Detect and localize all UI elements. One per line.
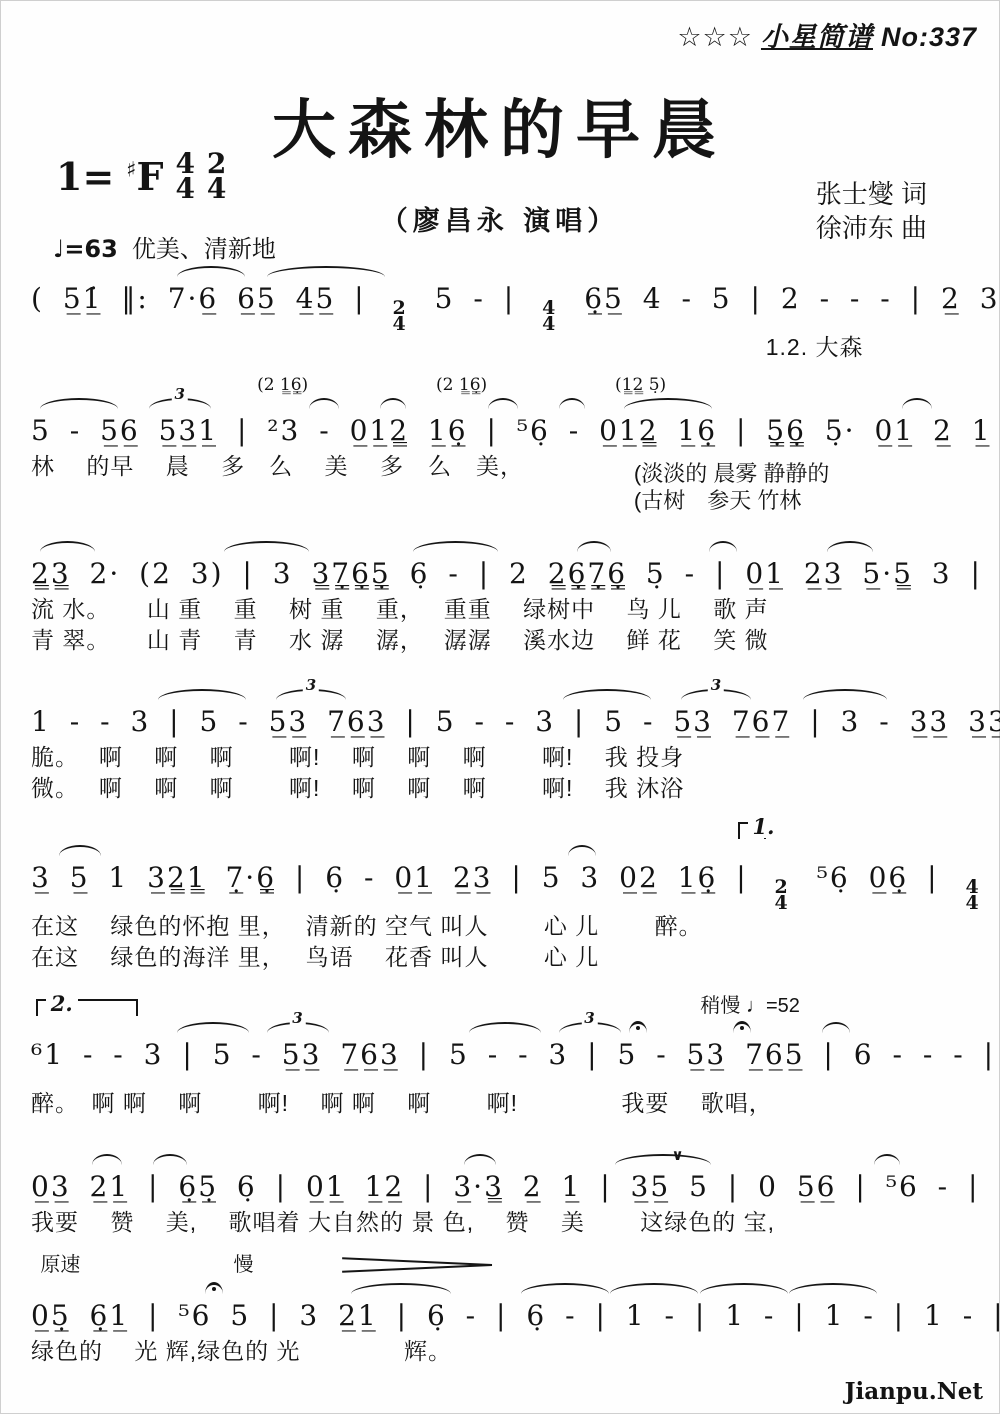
- arc-mark: [615, 1154, 711, 1165]
- annotation-strip: ∨: [31, 1145, 973, 1167]
- notation-line: 2̳3̳ 2· (2 3) | 3 3̳7̳̣6̳̣5̳̣ 6̣ - | 2 2…: [31, 554, 973, 594]
- series-header: ☆☆☆小星简谱No:337: [677, 15, 977, 54]
- triplet-mark: 3: [267, 1022, 329, 1033]
- arc-mark: [158, 689, 246, 700]
- site-watermark: Jianpu.Net: [845, 1378, 983, 1405]
- annotation-strip: 2.稍慢 ♩=52: [31, 991, 973, 1013]
- fermata-mark: [629, 1021, 647, 1033]
- arc-mark: [267, 266, 385, 277]
- notation-line: 5 - 5̲6̲ 5̲3̲1̲ | ²3 - 0̲1̲2̳ 1̲6̲̣ | ⁵6…: [31, 411, 973, 451]
- arc-mark: [92, 1154, 122, 1165]
- annotation-text: (2 1̳6̳̣): [436, 375, 487, 395]
- notation-segment: 0̲5̲̣ 6̲̣1̲ | ⁵6 5 | 3 2̲1̲ | 6̣ - | 6̣ …: [31, 1299, 1000, 1332]
- notation-line: 3̲ 5̲ 1 3̲2̳1̳ 7̲̣·6̳̣ | 6̣ - 0̲1̲ 2̲3̲ …: [31, 858, 973, 911]
- lyric-line: 流 水。 山 重 重 树 重 重， 重重 绿树中 鸟 儿 歌 声: [31, 594, 973, 625]
- inline-time-signature: 44: [542, 300, 557, 332]
- system-row: ( 5̲1̲̇ ‖: 7·6̲ 6̲5̲ 4̲5̲ | 24 5 - | 44 …: [31, 257, 973, 363]
- arc-mark: [559, 398, 585, 409]
- system-row: 2̳3̳ 2· (2 3) | 3 3̳7̳̣6̳̣5̳̣ 6̣ - | 2 2…: [31, 532, 973, 656]
- annotation-strip: 33: [31, 1013, 973, 1035]
- fermata-mark: [733, 1021, 751, 1033]
- credits: 张士燮 词 徐沛东 曲: [816, 177, 927, 245]
- annotation-strip: 1.: [31, 814, 973, 836]
- notation-segment: 5 - |: [416, 282, 534, 315]
- notation-segment: 2̳3̳ 2· (2 3) | 3 3̳7̳̣6̳̣5̳̣ 6̣ - | 2 2…: [31, 557, 1000, 590]
- stars-icon: ☆☆☆: [677, 22, 753, 52]
- score-systems: ( 5̲1̲̇ ‖: 7·6̲ 6̲5̲ 4̲5̲ | 24 5 - | 44 …: [31, 257, 973, 1367]
- arc-mark: [700, 1283, 788, 1294]
- notation-segment: 0̲3̲ 2̲1̲ | 6̲̣5̲̣ 6̣ | 0̲1̲ 1̲2̲ | 3̲·3…: [31, 1170, 1000, 1203]
- arc-mark: [177, 266, 245, 277]
- annotation-text: (2 1̳6̳̣): [257, 375, 308, 395]
- annotation-strip: [31, 257, 973, 279]
- annotation-strip: 原速慢: [31, 1248, 973, 1274]
- system-row: 331 - - 3 | 5 - 5̲3̲ 7̲6̲3̲ | 5 - - 3 | …: [31, 680, 973, 804]
- lyric-line: 1.2. 大森: [31, 332, 973, 363]
- arc-mark: [874, 1154, 900, 1165]
- annotation-strip: 33: [31, 680, 973, 702]
- arc-mark: [59, 845, 101, 856]
- notation-line: 0̲3̲ 2̲1̲ | 6̲̣5̲̣ 6̣ | 0̲1̲ 1̲2̲ | 3̲·3…: [31, 1167, 973, 1207]
- arc-mark: [822, 1022, 850, 1033]
- notation-segment: 6̲̣5̲ 4 - 5 | 2 - - - | 2̲ 3 5̳̣6̳̣ 5̣ )…: [565, 282, 1000, 315]
- arc-mark: [577, 541, 611, 552]
- alternate-lyric-stack: (淡淡的 晨雾 静静的(古树 参天 竹林: [634, 460, 830, 514]
- notation-line: 1 - - 3 | 5 - 5̲3̲ 7̲6̲3̲ | 5 - - 3 | 5 …: [31, 702, 973, 742]
- time-signature-24: 24: [207, 151, 226, 201]
- lyric-line: 在这 绿色的怀抱 里， 清新的 空气 叫人 心 儿 醉。: [31, 911, 973, 942]
- annotation-text: 稍慢 ♩=52: [690, 989, 809, 1018]
- lyricist-credit: 张士燮 词: [816, 177, 927, 211]
- notation-segment: 5 - 5̲6̲ 5̲3̲1̲ | ²3 - 0̲1̲2̳ 1̲6̲̣ | ⁵6…: [31, 414, 1000, 447]
- lyric-line: 微。 啊 啊 啊 啊! 啊 啊 啊 啊! 我 沐浴: [31, 773, 973, 804]
- lyric-line: 脆。 啊 啊 啊 啊! 啊 啊 啊 啊! 我 投身: [31, 742, 973, 773]
- time-signature-44: 44: [175, 151, 194, 201]
- arc-mark: [153, 1154, 187, 1165]
- arc-mark: [610, 1283, 698, 1294]
- system-row: 2.稍慢 ♩=5233⁶1 - - 3 | 5 - 5̲3̲ 7̲6̲3̲ | …: [31, 991, 973, 1119]
- arc-mark: [309, 398, 339, 409]
- arc-mark: [40, 398, 118, 409]
- triplet-mark: 3: [276, 689, 346, 700]
- arc-mark: [464, 1154, 496, 1165]
- system-row: ∨0̲3̲ 2̲1̲ | 6̲̣5̲̣ 6̣ | 0̲1̲ 1̲2̲ | 3̲·…: [31, 1145, 973, 1238]
- sheet-number: No:337: [881, 22, 977, 52]
- arc-mark: [40, 541, 95, 552]
- notation-segment: ⁶1 - - 3 | 5 - 5̲3̲ 7̲6̲3̲ | 5 - - 3 | 5…: [31, 1038, 1000, 1071]
- lyric-line: 青 翠。 山 青 青 水 潺 潺， 潺潺 溪水边 鲜 花 笑 微: [31, 625, 973, 656]
- triplet-mark: 3: [681, 689, 751, 700]
- arc-mark: [789, 1283, 877, 1294]
- system-row: 1.3̲ 5̲ 1 3̲2̳1̳ 7̲̣·6̳̣ | 6̣ - 0̲1̲ 2̲3…: [31, 814, 973, 973]
- lyric-line: 林 的早 晨 多 么 美 多 么 美，: [31, 451, 973, 482]
- notation-segment: 3̲ 5̲ 1 3̲2̳1̳ 7̲̣·6̳̣ | 6̣ - 0̲1̲ 2̲3̲ …: [31, 861, 767, 894]
- notation-segment: 1 - - 3 | 5 - 5̲3̲ 7̲6̲3̲ | 5 - - 3 | 5 …: [31, 705, 1000, 738]
- arc-mark: [902, 398, 932, 409]
- arc-mark: [469, 1022, 541, 1033]
- hairpin-mark: [342, 1258, 492, 1270]
- key-signature: 1=♯F 44 24: [56, 151, 226, 201]
- arc-mark: [624, 398, 712, 409]
- lyric-line: 绿色的 光 辉,绿色的 光 辉。: [31, 1336, 973, 1367]
- notation-segment: ⁵6̣ 0̲6̲̣ |: [798, 861, 958, 894]
- annotation-strip: 3(2 1̳6̳̣)(2 1̳6̳̣)(1̳2̳ 5̣): [31, 375, 973, 411]
- fermata-mark: [205, 1282, 223, 1294]
- notation-line: ⁶1 - - 3 | 5 - 5̲3̲ 7̲6̲3̲ | 5 - - 3 | 5…: [31, 1035, 973, 1088]
- lyric-line: 在这 绿色的海洋 里， 鸟语 花香 叫人 心 儿: [31, 942, 973, 973]
- volta-label: 1.: [748, 816, 780, 838]
- arc-mark: [413, 541, 498, 552]
- composer-credit: 徐沛东 曲: [816, 211, 927, 245]
- series-name: 小星简谱: [761, 22, 873, 52]
- arc-mark: [521, 1283, 609, 1294]
- arc-mark: [177, 1022, 249, 1033]
- inline-time-signature: 44: [965, 879, 980, 911]
- arc-mark: [488, 398, 518, 409]
- system-row: 原速慢0̲5̲̣ 6̲̣1̲ | ⁵6 5 | 3 2̲1̲ | 6̣ - | …: [31, 1248, 973, 1367]
- annotation-text: (1̳2̳ 5̣): [615, 375, 666, 395]
- lyric-line: 醉。 啊 啊 啊 啊! 啊 啊 啊 啊! 我要 歌唱，: [31, 1088, 973, 1119]
- arc-mark: [709, 541, 737, 552]
- notation-line: ( 5̲1̲̇ ‖: 7·6̲ 6̲5̲ 4̲5̲ | 24 5 - | 44 …: [31, 279, 973, 332]
- annotation-text: ∨: [672, 1146, 684, 1164]
- arc-mark: [351, 1283, 451, 1294]
- notation-segment: ⁶1 - - ( 5̲1̲̇ :‖: [989, 861, 1000, 894]
- annotation-strip: [31, 1274, 973, 1296]
- tonic-label: 1=: [56, 154, 114, 199]
- inline-time-signature: 24: [393, 300, 408, 332]
- system-row: 3(2 1̳6̳̣)(2 1̳6̳̣)(1̳2̳ 5̣)5 - 5̲6̲ 5̲3…: [31, 375, 973, 482]
- annotation-strip: [31, 836, 973, 858]
- arc-mark: [803, 689, 887, 700]
- lyric-line: 我要 赞 美, 歌唱着 大自然的 景 色, 赞 美 这绿色的 宝,: [31, 1207, 973, 1238]
- arc-mark: [380, 398, 406, 409]
- sheet-page: ☆☆☆小星简谱No:337 大森林的早晨 （廖昌永 演唱） 1=♯F 44 24…: [0, 0, 1000, 1414]
- annotation-text: 原速: [40, 1248, 80, 1277]
- annotation-strip: [31, 532, 973, 554]
- triplet-mark: 3: [149, 398, 211, 409]
- key-accidental: ♯F: [126, 154, 163, 199]
- arc-mark: [224, 541, 309, 552]
- arc-mark: [827, 541, 873, 552]
- triplet-mark: 3: [559, 1022, 621, 1033]
- arc-mark: [568, 845, 596, 856]
- annotation-text: 慢: [234, 1248, 254, 1277]
- arc-mark: [563, 689, 651, 700]
- inline-time-signature: 24: [775, 879, 790, 911]
- notation-segment: ( 5̲1̲̇ ‖: 7·6̲ 6̲5̲ 4̲5̲ |: [31, 282, 385, 315]
- volta-label: 2.: [46, 993, 78, 1015]
- notation-line: 0̲5̲̣ 6̲̣1̲ | ⁵6 5 | 3 2̲1̲ | 6̣ - | 6̣ …: [31, 1296, 973, 1336]
